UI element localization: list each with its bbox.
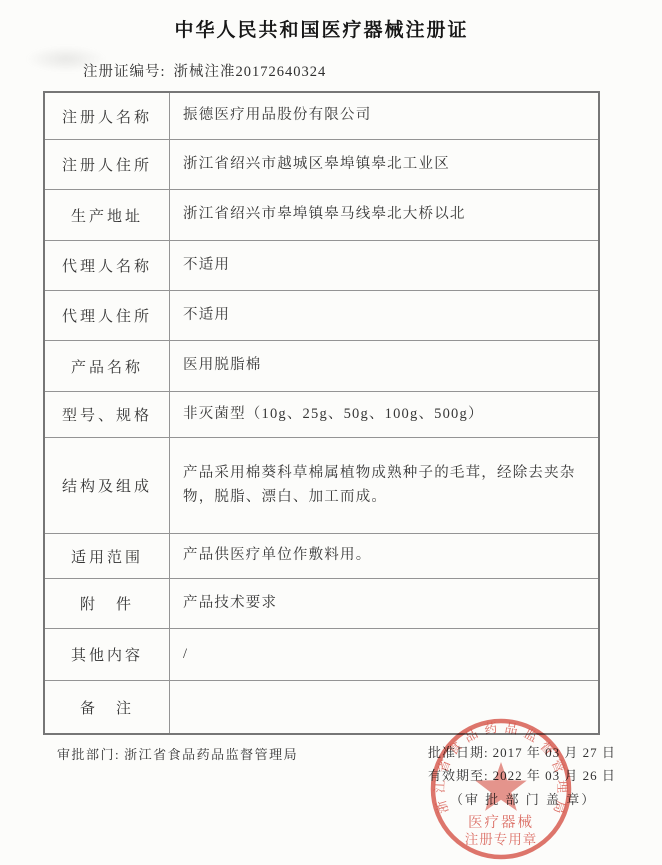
row-label: 型号、规格 xyxy=(45,392,170,437)
row-label: 适用范围 xyxy=(45,534,170,578)
table-row: 注册人名称 振德医疗用品股份有限公司 xyxy=(45,93,598,140)
svg-text:食: 食 xyxy=(446,739,466,759)
svg-text:药: 药 xyxy=(483,721,498,738)
row-value: 不适用 xyxy=(170,241,598,290)
row-label: 代理人住所 xyxy=(45,291,170,340)
certificate-page: 中华人民共和国医疗器械注册证 注册证编号:浙械注准20172640324 注册人… xyxy=(0,0,662,865)
row-label: 附 件 xyxy=(45,579,170,628)
row-value: 非灭菌型（10g、25g、50g、100g、500g） xyxy=(170,392,598,437)
row-value: 浙江省绍兴市越城区皋埠镇皋北工业区 xyxy=(170,140,598,189)
svg-text:理: 理 xyxy=(554,780,570,794)
row-value: 产品供医疗单位作敷料用。 xyxy=(170,534,598,578)
row-label: 其他内容 xyxy=(45,629,170,680)
svg-text:管: 管 xyxy=(548,758,567,776)
table-row: 注册人住所 浙江省绍兴市越城区皋埠镇皋北工业区 xyxy=(45,140,598,190)
svg-text:督: 督 xyxy=(536,738,557,758)
svg-text:江: 江 xyxy=(433,780,449,794)
row-value: 产品采用棉葵科草棉属植物成熟种子的毛茸，经除去夹杂物，脱脂、漂白、加工而成。 xyxy=(170,438,598,533)
stamp-line1: 医疗器械 xyxy=(468,813,534,831)
row-label: 备 注 xyxy=(45,681,170,733)
row-label: 生产地址 xyxy=(45,190,170,240)
table-row: 产品名称 医用脱脂棉 xyxy=(45,341,598,392)
table-row: 代理人名称 不适用 xyxy=(45,241,598,291)
cert-number-line: 注册证编号:浙械注准20172640324 xyxy=(83,60,326,81)
svg-text:品: 品 xyxy=(504,721,519,738)
table-row: 其他内容 / xyxy=(45,629,598,681)
table-row: 结构及组成 产品采用棉葵科草棉属植物成熟种子的毛茸，经除去夹杂物，脱脂、漂白、加… xyxy=(45,438,598,534)
approval-department-line: 审批部门:浙江省食品药品监督管理局 xyxy=(57,744,298,763)
svg-text:局: 局 xyxy=(550,798,568,815)
row-label: 代理人名称 xyxy=(45,241,170,290)
row-label: 注册人住所 xyxy=(45,140,170,189)
stamp-star-icon xyxy=(475,762,526,811)
table-row: 代理人住所 不适用 xyxy=(45,291,598,341)
official-stamp: 浙江省食品药品监督管理局 医疗器械 注册专用章 xyxy=(426,714,576,864)
row-value: 振德医疗用品股份有限公司 xyxy=(170,93,598,139)
table-row: 适用范围 产品供医疗单位作敷料用。 xyxy=(45,534,598,579)
table-row: 生产地址 浙江省绍兴市皋埠镇皋马线皋北大桥以北 xyxy=(45,190,598,241)
page-title: 中华人民共和国医疗器械注册证 xyxy=(43,15,600,42)
row-label: 注册人名称 xyxy=(45,93,170,139)
row-value: / xyxy=(170,629,598,680)
row-label: 结构及组成 xyxy=(45,438,170,533)
svg-text:监: 监 xyxy=(521,726,540,746)
table-row: 附 件 产品技术要求 xyxy=(45,579,598,629)
row-value: 不适用 xyxy=(170,291,598,340)
row-label: 产品名称 xyxy=(45,341,170,391)
cert-number-value: 浙械注准20172640324 xyxy=(174,64,327,80)
table-row: 型号、规格 非灭菌型（10g、25g、50g、100g、500g） xyxy=(45,392,598,438)
stamp-line2: 注册专用章 xyxy=(465,831,538,848)
row-value: 浙江省绍兴市皋埠镇皋马线皋北大桥以北 xyxy=(170,190,598,240)
cert-number-label: 注册证编号: xyxy=(83,64,166,80)
registration-table: 注册人名称 振德医疗用品股份有限公司 注册人住所 浙江省绍兴市越城区皋埠镇皋北工… xyxy=(43,91,600,735)
row-value: 医用脱脂棉 xyxy=(170,341,598,391)
approval-department-label: 审批部门: xyxy=(57,747,120,762)
approval-department-value: 浙江省食品药品监督管理局 xyxy=(124,747,298,762)
row-value: 产品技术要求 xyxy=(170,579,598,628)
